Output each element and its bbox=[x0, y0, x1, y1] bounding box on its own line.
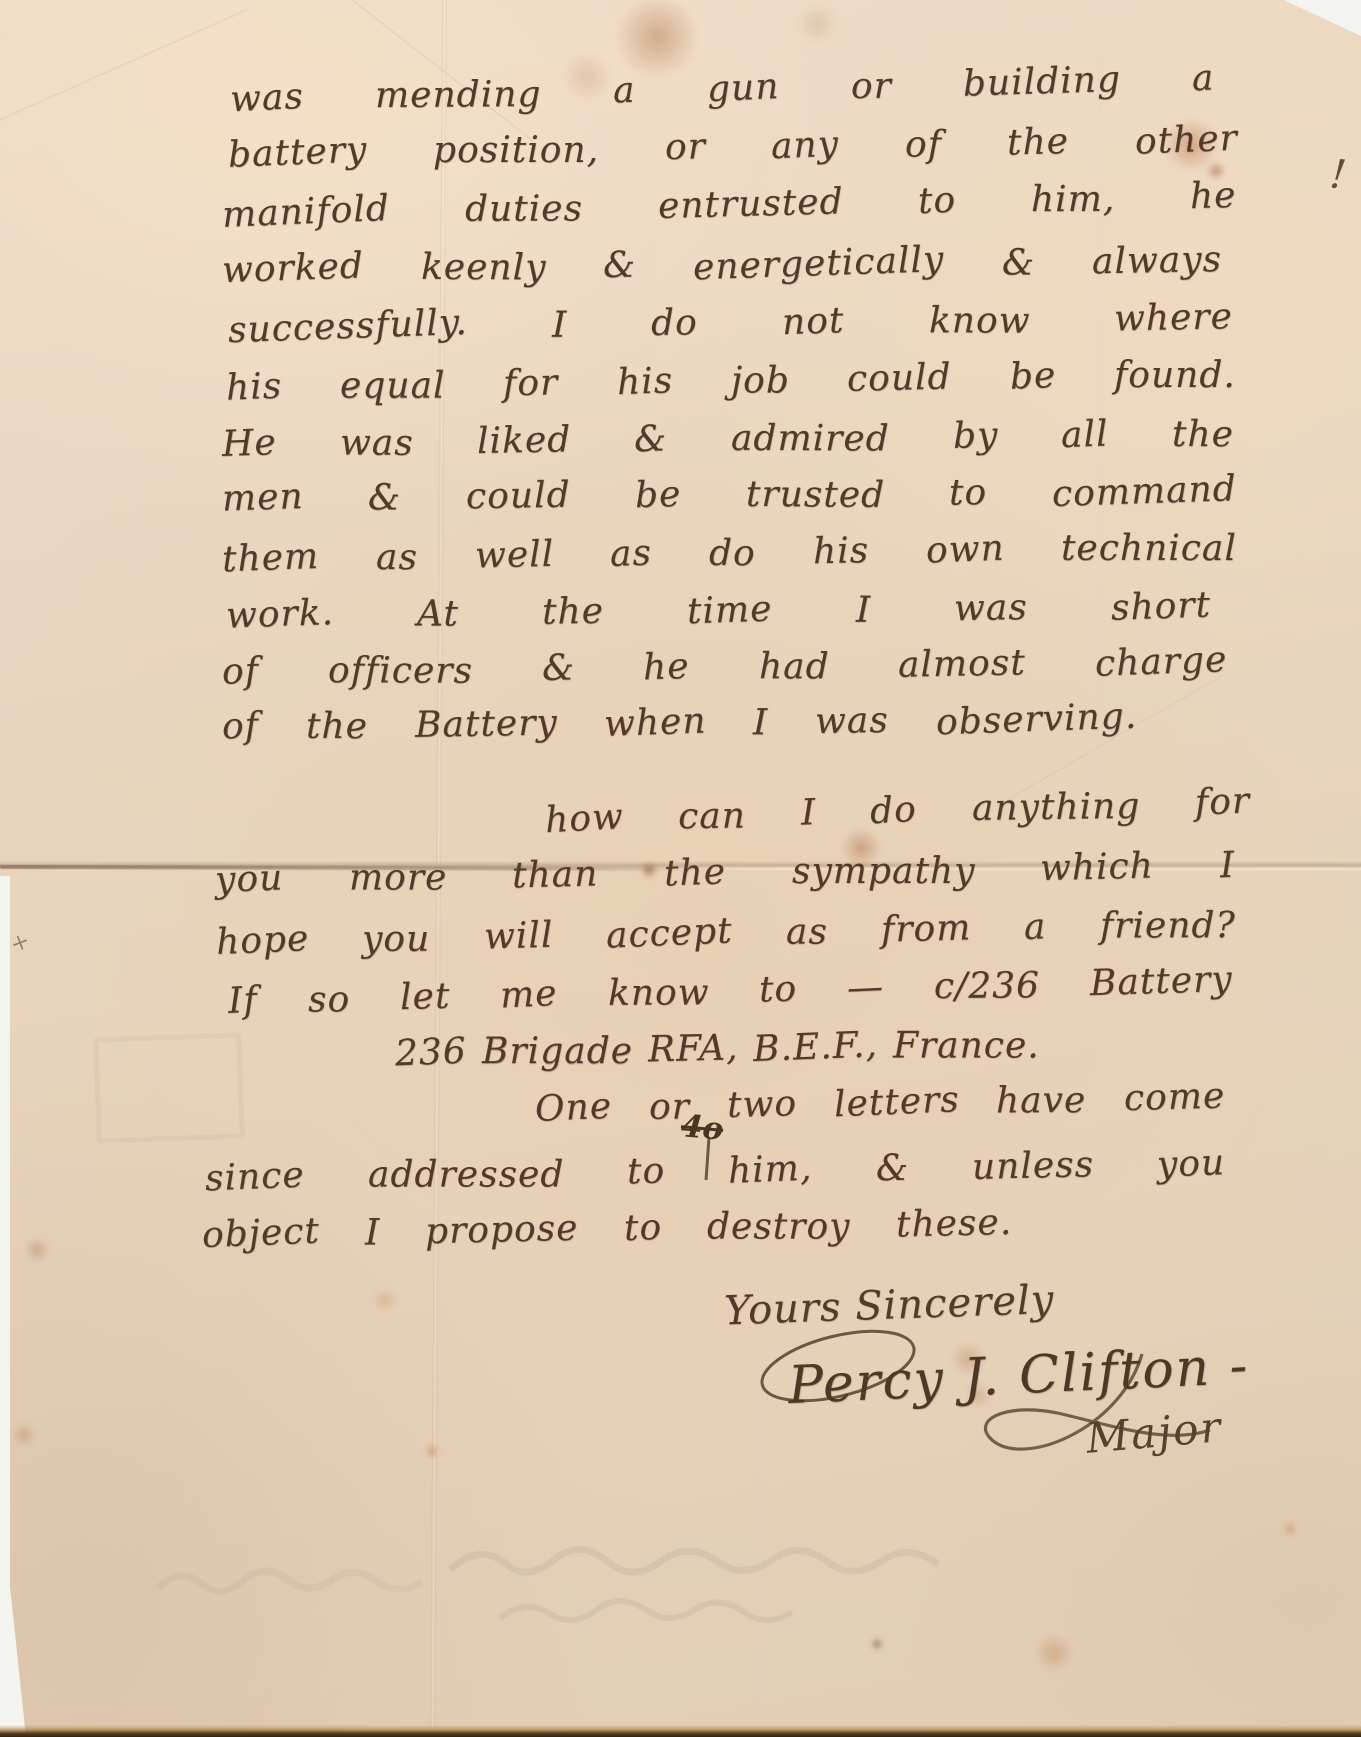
word: was bbox=[815, 698, 890, 745]
word: command bbox=[1051, 466, 1237, 518]
stain bbox=[24, 1238, 50, 1262]
word: I bbox=[856, 588, 871, 634]
word: anything bbox=[971, 784, 1140, 832]
word: energetically bbox=[693, 237, 946, 291]
word: as bbox=[376, 535, 418, 581]
word: to bbox=[758, 966, 797, 1013]
word: I bbox=[753, 700, 768, 746]
word: how bbox=[544, 794, 625, 844]
word: observing. bbox=[935, 694, 1138, 747]
word: manifold bbox=[221, 186, 391, 239]
word: found. bbox=[1114, 353, 1236, 399]
handwritten-line: Hewasliked&admiredbyallthe bbox=[222, 411, 1234, 468]
paper-bottom-edge bbox=[0, 1725, 1361, 1737]
word: the bbox=[542, 589, 605, 636]
word: & bbox=[603, 243, 637, 290]
word: than bbox=[512, 851, 599, 899]
word: gun bbox=[706, 64, 780, 113]
word: short bbox=[1110, 582, 1211, 631]
word: you bbox=[1156, 1140, 1226, 1189]
word: & bbox=[1002, 240, 1035, 286]
handwritten-line: 236BrigadeRFA,B.E.F.,France. bbox=[395, 1021, 1041, 1076]
word: of bbox=[905, 122, 942, 168]
word: hope bbox=[215, 916, 310, 966]
word: do bbox=[651, 300, 699, 347]
show-through-writing bbox=[440, 1530, 1060, 1640]
word: where bbox=[1114, 294, 1234, 342]
word: he bbox=[1190, 173, 1238, 220]
word: the bbox=[306, 704, 368, 750]
stain bbox=[424, 1444, 440, 1459]
word: friend? bbox=[1100, 903, 1236, 949]
word: letters bbox=[833, 1077, 961, 1128]
word: propose bbox=[425, 1206, 579, 1255]
word: to bbox=[623, 1205, 663, 1252]
word: duties bbox=[465, 186, 583, 232]
word: of bbox=[221, 648, 260, 695]
word: which bbox=[1040, 844, 1155, 893]
word: Battery bbox=[1089, 957, 1233, 1007]
word: work. bbox=[225, 590, 334, 640]
word: of bbox=[221, 703, 260, 750]
word: will bbox=[483, 913, 554, 961]
word: keenly bbox=[421, 245, 547, 292]
stain bbox=[372, 1288, 398, 1312]
word: a bbox=[1191, 55, 1216, 102]
struck-correction: 4o bbox=[680, 1108, 725, 1148]
word: come bbox=[1123, 1074, 1225, 1123]
word: from bbox=[880, 905, 972, 953]
handwritten-line: ofofficers&hehadalmostcharge bbox=[222, 639, 1227, 696]
word: France. bbox=[893, 1024, 1040, 1070]
word: to bbox=[949, 470, 988, 517]
word: any bbox=[770, 122, 840, 171]
word: you bbox=[214, 855, 284, 904]
word: position, bbox=[433, 128, 599, 174]
word: could bbox=[847, 354, 953, 402]
word: accept bbox=[605, 908, 733, 959]
word: technical bbox=[1061, 526, 1237, 572]
handwritten-line: hisequalforhisjobcouldbefound. bbox=[226, 351, 1237, 411]
word: & bbox=[541, 645, 575, 692]
stain bbox=[795, 4, 839, 44]
word: a bbox=[1023, 904, 1047, 951]
word: these. bbox=[895, 1200, 1012, 1249]
word: other bbox=[1134, 116, 1239, 166]
margin-ink-speck: × bbox=[8, 928, 33, 957]
word: almost bbox=[898, 640, 1027, 688]
handwritten-line: work.AtthetimeIwasshort bbox=[226, 584, 1211, 639]
word: not bbox=[781, 298, 845, 346]
word: B.E.F., bbox=[752, 1022, 879, 1073]
word: & bbox=[368, 475, 401, 521]
word: unless bbox=[971, 1142, 1094, 1191]
word: you bbox=[362, 917, 430, 963]
handwritten-line: hopeyouwillacceptasfromafriend? bbox=[216, 901, 1237, 965]
handwritten-line: themaswellasdohisowntechnical bbox=[222, 524, 1237, 582]
handwritten-line: Oneortwolettershavecome bbox=[535, 1074, 1226, 1132]
word: mending bbox=[375, 72, 542, 119]
word: to bbox=[917, 178, 957, 226]
word: as bbox=[610, 530, 654, 578]
show-through-writing bbox=[150, 1552, 450, 1622]
word: as bbox=[786, 910, 828, 956]
word: sympathy bbox=[792, 849, 975, 895]
handwritten-line: sinceaddressedtohim,&unlessyou bbox=[205, 1141, 1226, 1201]
word: do bbox=[869, 787, 918, 835]
word: when bbox=[603, 699, 707, 748]
word: a bbox=[612, 68, 636, 115]
word: all bbox=[1060, 411, 1109, 459]
word: 236 bbox=[394, 1029, 467, 1078]
word: I bbox=[552, 303, 567, 349]
word: always bbox=[1092, 237, 1223, 285]
word: men bbox=[221, 474, 304, 523]
word: since bbox=[204, 1153, 305, 1203]
word: could bbox=[465, 473, 570, 521]
word: his bbox=[225, 364, 283, 412]
word: for bbox=[1194, 779, 1251, 827]
word: officers bbox=[328, 648, 473, 695]
word: his bbox=[812, 528, 869, 575]
word: the bbox=[1172, 412, 1234, 458]
word: liked bbox=[477, 417, 572, 465]
word: building bbox=[962, 57, 1121, 108]
scanner-edge bbox=[1284, 0, 1361, 36]
diagonal-crease bbox=[0, 9, 248, 134]
handwritten-line: youmorethanthesympathywhichI bbox=[215, 843, 1236, 903]
word: he bbox=[643, 644, 691, 692]
word: be bbox=[634, 472, 682, 519]
handwritten-line: wasmendingagunorbuildinga bbox=[230, 56, 1216, 123]
word: was bbox=[340, 421, 414, 467]
handwritten-line: successfully.Idonotknowwhere bbox=[228, 295, 1233, 352]
word: him, bbox=[1031, 177, 1115, 223]
word: — bbox=[846, 964, 885, 1012]
edge-ink-blot: ! bbox=[1328, 151, 1349, 198]
word: know bbox=[928, 298, 1030, 344]
handwritten-line: men&couldbetrustedtocommand bbox=[222, 468, 1237, 521]
word: know bbox=[607, 970, 709, 1017]
handwritten-line: batteryposition,oranyoftheother bbox=[228, 117, 1239, 177]
word: more bbox=[349, 856, 447, 902]
word: equal bbox=[340, 364, 446, 410]
word: & bbox=[875, 1147, 908, 1193]
handwritten-line: howcanIdoanythingfor bbox=[545, 779, 1251, 843]
word: battery bbox=[227, 127, 368, 178]
word: RFA, bbox=[647, 1025, 738, 1073]
word: was bbox=[229, 74, 305, 123]
stain bbox=[1282, 1522, 1298, 1536]
scanner-edge bbox=[0, 1590, 26, 1737]
word: to bbox=[627, 1149, 666, 1196]
word: successfully. bbox=[227, 300, 468, 354]
word: Brigade bbox=[482, 1029, 633, 1075]
word: me bbox=[499, 971, 558, 1020]
scanned-letter-page: wasmendingagunorbuildingabatteryposition… bbox=[0, 0, 1361, 1737]
word: object bbox=[201, 1209, 321, 1259]
handwritten-line: objectIproposetodestroythese. bbox=[202, 1200, 1013, 1257]
word: Battery bbox=[414, 700, 557, 748]
handwritten-line: oftheBatterywhenIwasobserving. bbox=[222, 696, 1137, 750]
word: & bbox=[634, 416, 669, 463]
scanner-edge bbox=[0, 876, 10, 1596]
word: or bbox=[851, 64, 892, 110]
handwritten-line: workedkeenly&energetically&always bbox=[222, 238, 1222, 293]
word: so bbox=[307, 977, 349, 1023]
word: by bbox=[952, 413, 998, 460]
word: his bbox=[616, 358, 674, 406]
word: own bbox=[925, 526, 1005, 575]
word: can bbox=[678, 793, 746, 840]
word: If bbox=[227, 978, 259, 1025]
word: destroy bbox=[707, 1205, 851, 1251]
word: I bbox=[800, 790, 817, 837]
stain bbox=[12, 1424, 36, 1446]
word: I bbox=[365, 1210, 380, 1256]
word: them bbox=[221, 534, 320, 584]
word: had bbox=[759, 644, 830, 690]
word: job bbox=[731, 359, 790, 405]
faint-impression bbox=[93, 1032, 245, 1143]
word: entrusted bbox=[657, 179, 844, 230]
word: charge bbox=[1094, 637, 1228, 688]
word: him, bbox=[727, 1146, 813, 1195]
word: or bbox=[664, 124, 706, 171]
word: be bbox=[1009, 353, 1057, 401]
handwritten-line: Ifsoletmeknowto—c/236Battery bbox=[228, 957, 1234, 1024]
word: well bbox=[474, 532, 554, 580]
word: trusted bbox=[746, 472, 885, 519]
word: let bbox=[399, 974, 451, 1021]
word: do bbox=[709, 531, 756, 577]
word: have bbox=[996, 1078, 1086, 1124]
word: At bbox=[417, 591, 459, 637]
word: for bbox=[503, 360, 559, 407]
handwritten-line: manifolddutiesentrustedtohim,he bbox=[222, 173, 1238, 237]
word: One bbox=[534, 1084, 613, 1133]
word: worked bbox=[221, 243, 364, 294]
word: two bbox=[726, 1081, 797, 1129]
word: time bbox=[686, 586, 773, 635]
word: the bbox=[663, 849, 727, 897]
word: c/236 bbox=[934, 963, 1040, 1010]
word: addressed bbox=[368, 1152, 564, 1198]
word: the bbox=[1007, 119, 1070, 166]
word: I bbox=[1219, 843, 1236, 890]
word: admired bbox=[731, 416, 890, 463]
word: was bbox=[954, 585, 1029, 632]
word: He bbox=[221, 420, 277, 468]
